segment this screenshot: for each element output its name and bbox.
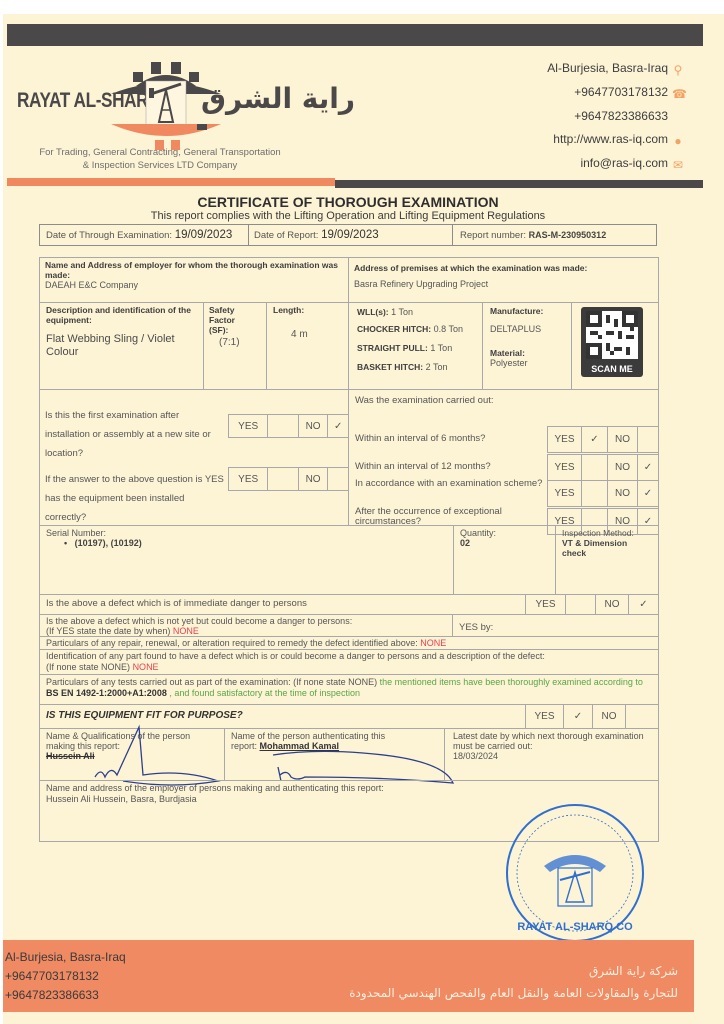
divider <box>452 614 453 637</box>
repair-value: NONE <box>420 638 446 648</box>
yes-label: YES <box>548 427 582 452</box>
installed-yes-checkbox[interactable] <box>268 468 298 490</box>
footer-arabic-name: شركة راية الشرق للتجارة والمقاولات العام… <box>349 960 678 1004</box>
tests-standard: BS EN 1492-1:2000+A1:2008 <box>46 688 167 698</box>
pump-jack-icon <box>145 80 187 126</box>
divider <box>452 225 453 245</box>
report-number: Report number: RAS-M-230950312 <box>460 230 606 241</box>
dates-row: Date of Through Examination: 19/09/2023 … <box>39 224 657 246</box>
certificate-subtitle: This report complies with the Lifting Op… <box>3 210 693 222</box>
exam-date: Date of Through Examination: 19/09/2023 <box>46 229 232 241</box>
first-exam-yes-checkbox[interactable] <box>268 415 298 437</box>
contact-phone-2: +9647823386633 <box>574 109 668 123</box>
method-cell: Inspection Method: VT & Dimension check <box>555 525 659 595</box>
carried-out-question: After the occurrence of exceptional circ… <box>355 507 545 527</box>
carried-out-label: Was the examination carried out: <box>355 395 494 406</box>
no-label: NO <box>608 481 638 506</box>
employer-persons-value: Hussein Ali Hussein, Basra, Burdjasia <box>46 794 652 805</box>
repair-row: Particulars of any repair, renewal, or a… <box>39 636 659 650</box>
stamp-emblem-icon: RAYAT AL-SHARQ CO <box>508 806 642 940</box>
serial-cell: Serial Number: • (10197), (10192) <box>39 525 454 595</box>
installed-correctly-question: If the answer to the above question is Y… <box>45 470 225 527</box>
identification-row: Identification of any part found to have… <box>39 649 659 675</box>
company-tagline: For Trading, General Contracting, Genera… <box>15 146 305 172</box>
employer-cell: Name and Address of employer for whom th… <box>39 257 349 303</box>
contact-website[interactable]: http://www.ras-iq.com● <box>553 132 684 147</box>
contact-phone-1: +9647703178132☎ <box>574 85 684 100</box>
carried-out-answer: YES✓NO <box>547 426 659 453</box>
no-checkbox[interactable]: ✓ <box>638 455 658 480</box>
no-label: NO <box>608 427 638 452</box>
manufacture-value: DELTAPLUS <box>490 324 564 334</box>
premises-value: Basra Refinery Upgrading Project <box>354 279 653 289</box>
no-checkbox[interactable] <box>638 427 658 452</box>
employer-value: DAEAH E&C Company <box>45 280 343 290</box>
first-exam-question: Is this the first examination after inst… <box>45 406 225 463</box>
carried-out-answer: YESNO✓ <box>547 454 659 481</box>
no-label: NO <box>608 455 638 480</box>
identification-value: NONE <box>133 662 159 672</box>
first-exam-answer: YES NO ✓ <box>228 414 349 438</box>
certificate-title: CERTIFICATE OF THOROUGH EXAMINATION <box>3 194 693 210</box>
next-exam-value: 18/03/2024 <box>453 751 650 761</box>
company-stamp: RAYAT AL-SHARQ CO <box>506 804 644 942</box>
yes-checkbox[interactable]: ✓ <box>582 427 608 452</box>
fit-no-checkbox[interactable] <box>626 705 658 728</box>
certificate-page: RAYAT AL-SHARQ راية الشرق For Trading, G… <box>3 14 724 1024</box>
yes-checkbox[interactable] <box>582 481 608 506</box>
length-value: 4 m <box>273 329 342 340</box>
yes-label: YES <box>548 481 582 506</box>
svg-text:RAYAT AL-SHARQ CO: RAYAT AL-SHARQ CO <box>517 921 633 933</box>
yes-by-label: YES by: <box>459 622 493 633</box>
mail-icon: ✉ <box>672 159 684 171</box>
divider <box>248 225 249 245</box>
material-value: Polyester <box>490 358 564 368</box>
length-cell: Length: 4 m <box>266 302 349 390</box>
manufacture-cell: Manufacture: DELTAPLUS Material: Polyest… <box>482 302 572 390</box>
location-pin-icon: ⚲ <box>672 64 684 76</box>
could-become-row: Is the above a defect which is not yet b… <box>39 614 659 637</box>
qr-code-icon <box>586 311 638 359</box>
wll-cell: WLL(s): 1 Ton CHOCKER HITCH: 0.8 Ton STR… <box>348 302 483 390</box>
safety-factor-value: (7:1) <box>209 337 261 348</box>
header-divider-orange <box>7 178 335 186</box>
fit-yes-checkbox[interactable]: ✓ <box>564 705 593 728</box>
installed-correctly-answer: YES NO <box>228 467 349 491</box>
first-exam-no-checkbox[interactable]: ✓ <box>328 415 348 437</box>
could-become-value: NONE <box>173 626 199 636</box>
immediate-danger-answer: YES NO ✓ <box>525 594 659 615</box>
method-value: VT & Dimension check <box>562 538 652 558</box>
carried-out-question: In accordance with an examination scheme… <box>355 479 545 489</box>
installed-no-checkbox[interactable] <box>328 468 348 490</box>
danger-yes-checkbox[interactable] <box>566 595 596 614</box>
contact-address: Al-Burjesia, Basra-Iraq⚲ <box>547 61 684 76</box>
header-divider-dark <box>335 180 703 188</box>
phone-icon: ☎ <box>672 88 684 100</box>
carried-out-question: Within an interval of 6 months? <box>355 434 545 444</box>
carried-out-answer: YESNO✓ <box>547 480 659 507</box>
contact-email[interactable]: info@ras-iq.com✉ <box>580 156 684 171</box>
tests-row: Particulars of any tests carried out as … <box>39 674 659 705</box>
description-value: Flat Webbing Sling / Violet Colour <box>46 333 197 359</box>
header-top-bar <box>7 24 703 46</box>
carried-out-question: Within an interval of 12 months? <box>355 462 545 472</box>
safety-factor-cell: Safety Factor (SF): (7:1) <box>203 302 267 390</box>
yes-checkbox[interactable] <box>582 455 608 480</box>
footer-contact: Al-Burjesia, Basra-Iraq +9647703178132 +… <box>5 948 126 1005</box>
company-name-en: RAYAT AL-SHARQ <box>17 89 161 113</box>
no-checkbox[interactable]: ✓ <box>638 481 658 506</box>
quantity-cell: Quantity: 02 <box>453 525 556 595</box>
premises-cell: Address of premises at which the examina… <box>348 257 659 303</box>
fit-for-purpose-answer: YES ✓ NO <box>525 704 659 729</box>
yes-label: YES <box>548 455 582 480</box>
danger-no-checkbox[interactable]: ✓ <box>629 595 658 614</box>
report-date: Date of Report: 19/09/2023 <box>254 229 379 241</box>
next-exam-cell: Latest date by which next thorough exami… <box>444 728 659 781</box>
quantity-value: 02 <box>460 538 549 548</box>
description-cell: Description and identification of the eq… <box>39 302 204 390</box>
globe-icon: ● <box>672 135 684 147</box>
company-name-ar: راية الشرق <box>201 82 355 115</box>
qr-code[interactable]: SCAN ME <box>581 307 643 377</box>
serial-value: • (10197), (10192) <box>46 538 447 548</box>
